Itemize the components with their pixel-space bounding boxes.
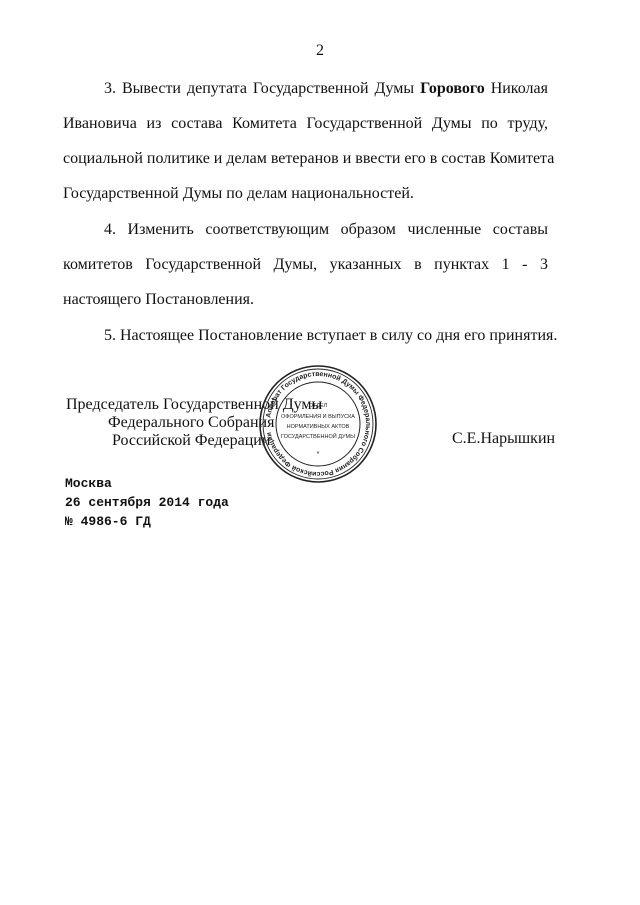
text-segment: 3. Вывести депутата Государственной Думы [104, 80, 420, 97]
city: Москва [65, 476, 112, 492]
paragraph-line: Государственной Думы по делам национальн… [63, 185, 548, 203]
stamp-star-icon: * [317, 451, 320, 458]
stamp-inner-line: ОТДЕЛ [309, 403, 328, 409]
paragraph-line: Ивановича из состава Комитета Государств… [63, 115, 548, 133]
paragraph-line: 3. Вывести депутата Государственной Думы… [104, 80, 548, 98]
signatory-title-line: Федерального Собрания [108, 414, 274, 432]
signatory-name: С.Е.Нарышкин [452, 430, 555, 448]
paragraph-line: настоящего Постановления. [63, 291, 548, 309]
signatory-title-line: Российской Федерации [112, 432, 270, 450]
paragraph-line: 4. Изменить соответствующим образом числ… [104, 221, 548, 239]
official-stamp-icon: Аппарат Государственной Думы Федеральног… [257, 363, 379, 485]
page-number: 2 [0, 42, 640, 60]
date: 26 сентября 2014 года [65, 495, 229, 511]
deputy-surname: Горового [420, 80, 485, 97]
paragraph-line: комитетов Государственной Думы, указанны… [63, 256, 548, 274]
paragraph-line: социальной политике и делам ветеранов и … [63, 150, 548, 168]
stamp-inner-line: ГОСУДАРСТВЕННОЙ ДУМЫ [281, 432, 355, 440]
document-number: № 4986-6 ГД [65, 514, 151, 530]
stamp-inner-line: НОРМАТИВНЫХ АКТОВ [287, 424, 350, 430]
text-segment: Николая [485, 80, 548, 97]
stamp-inner-line: ОФОРМЛЕНИЯ И ВЫПУСКА [281, 414, 355, 420]
paragraph-line: 5. Настоящее Постановление вступает в си… [104, 327, 557, 345]
